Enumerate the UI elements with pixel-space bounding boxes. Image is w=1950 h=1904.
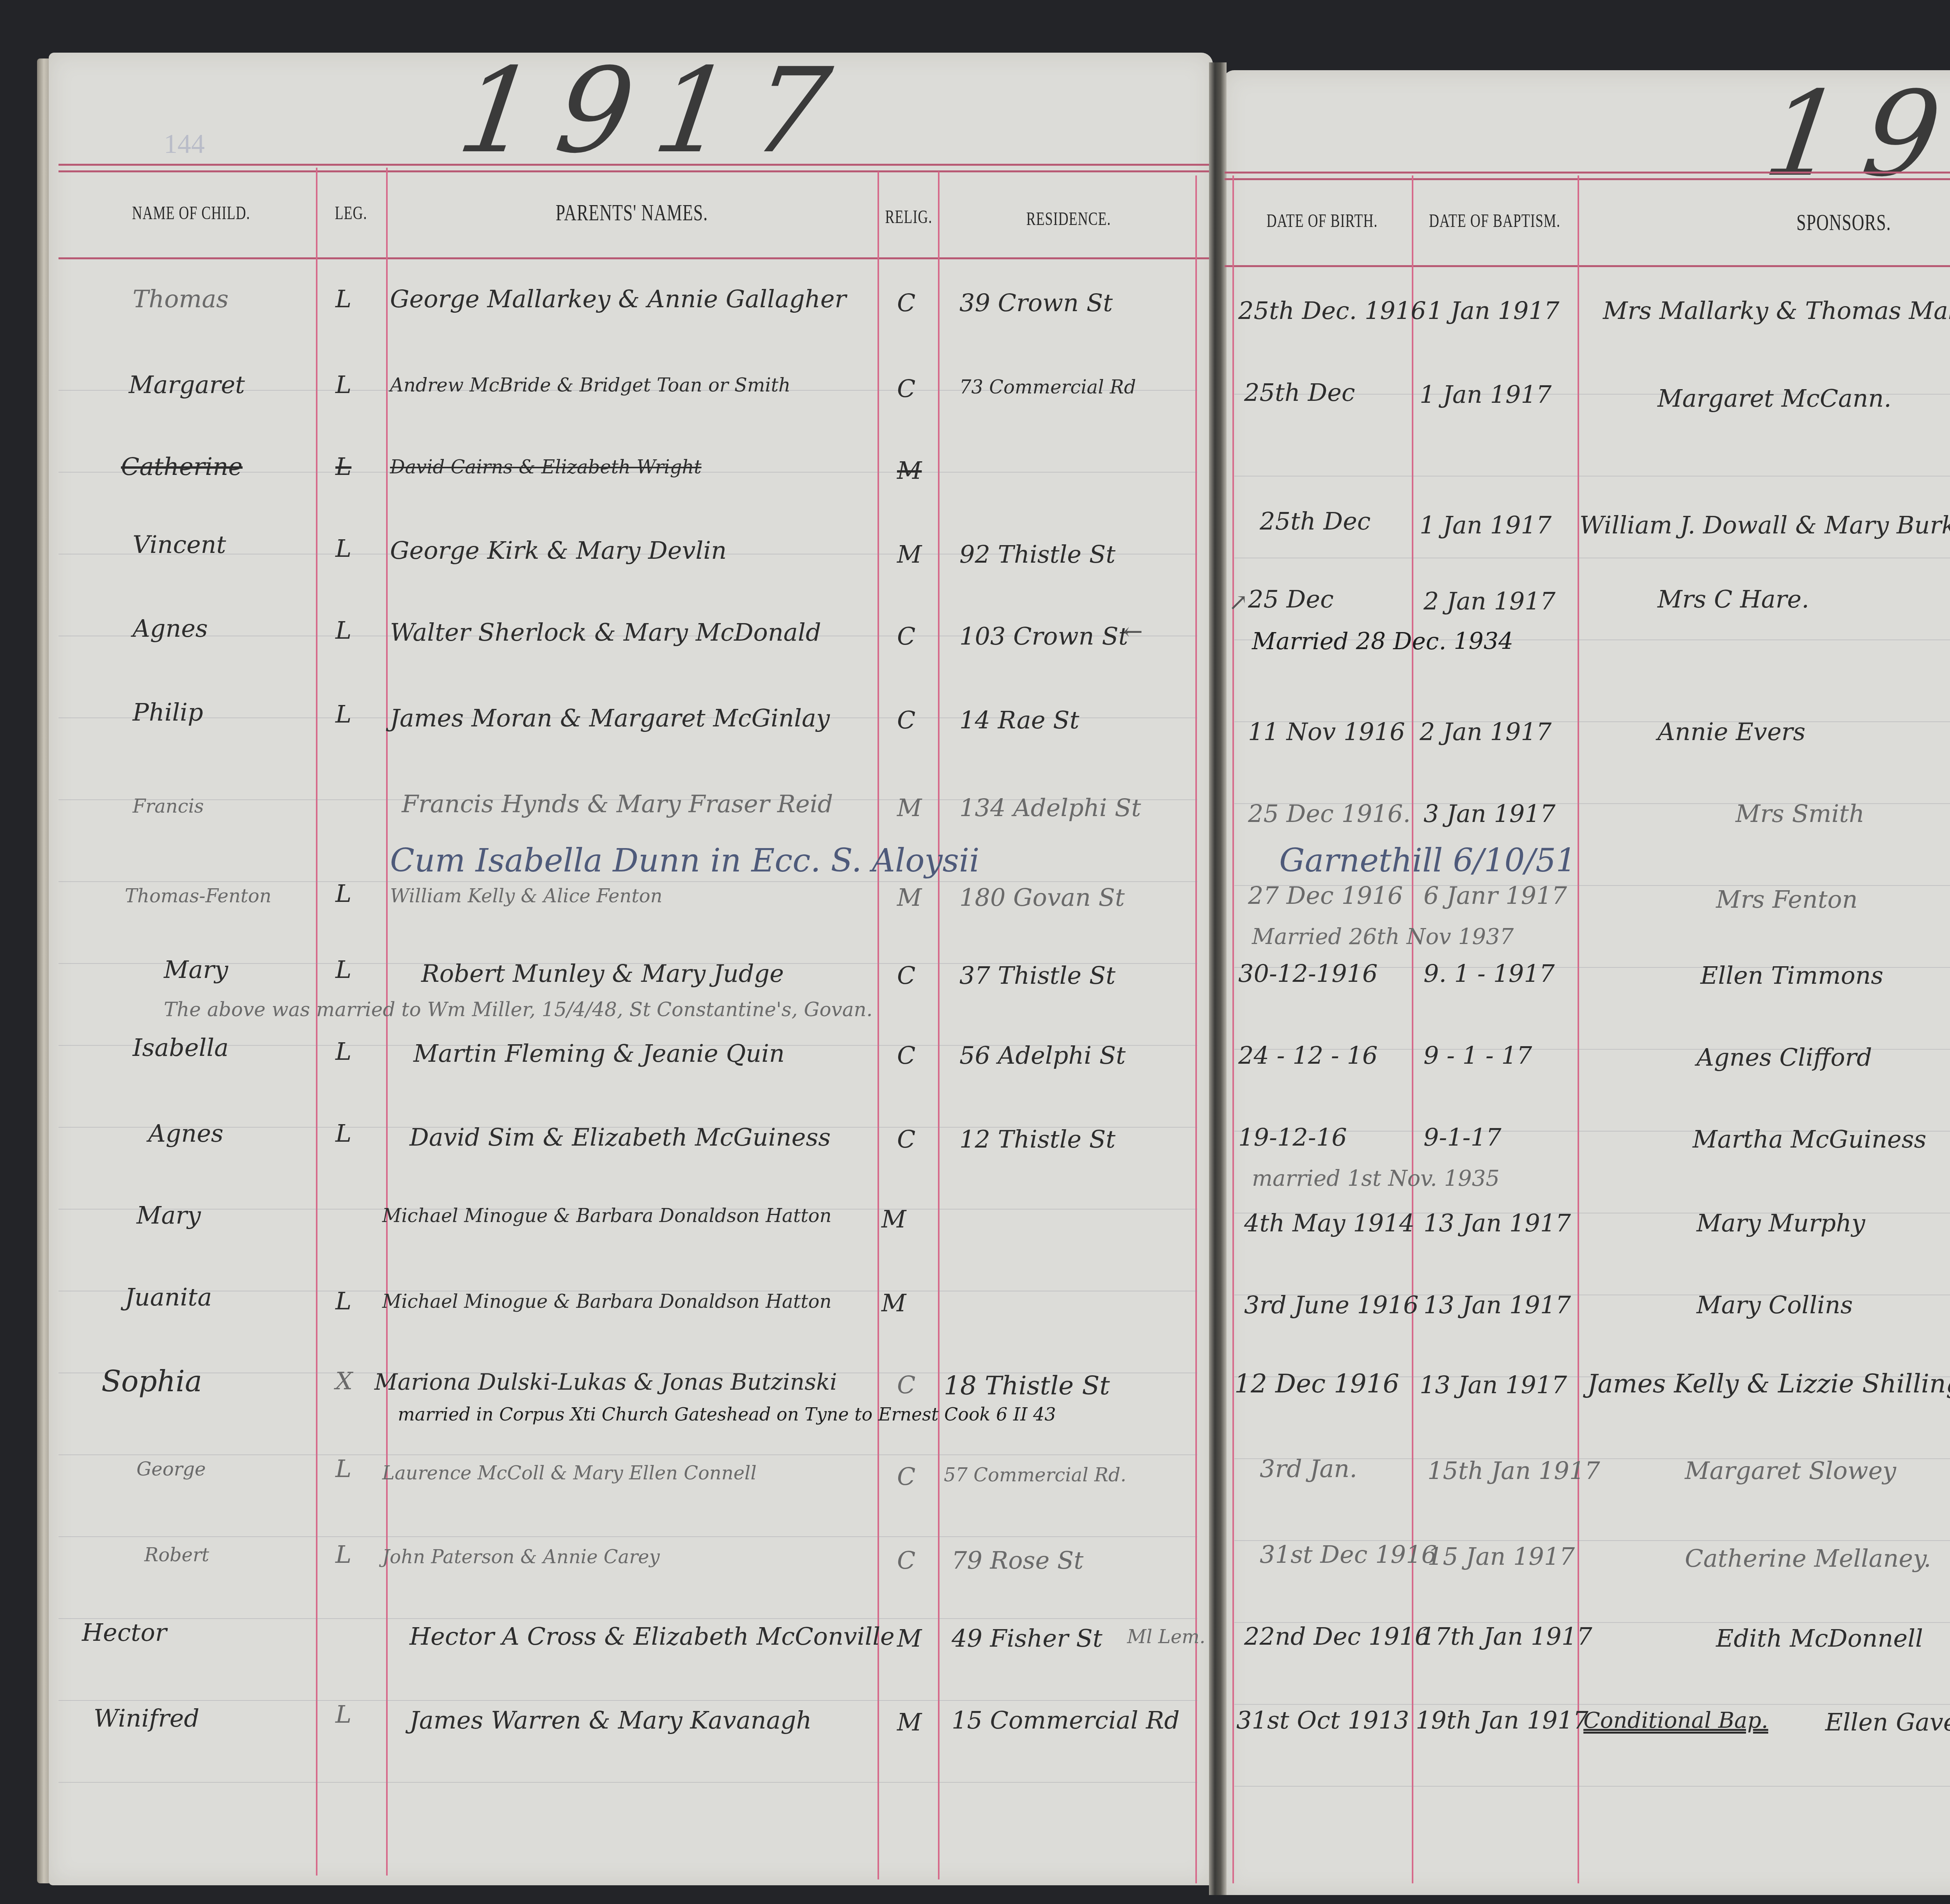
entry-sponsors: Ellen Gavegan [1825, 1708, 1950, 1736]
entry-parents: James Warren & Mary Kavanagh [409, 1706, 812, 1734]
entry-baptism-date: 1 Jan 1917 [1427, 296, 1559, 325]
entry-baptism-date: 2 Jan 1917 [1423, 587, 1555, 615]
entry-relig: C [897, 1546, 915, 1575]
entry-residence: 49 Fisher St [952, 1624, 1103, 1652]
entry-relig: M [897, 1708, 922, 1736]
entry-annotation: Married 26th Nov 1937 [1252, 924, 1514, 949]
entry-leg: L [335, 616, 351, 645]
entry-sponsors: Mrs Smith [1735, 799, 1865, 828]
ruled-line [58, 1782, 1197, 1783]
entry-relig: C [897, 1462, 915, 1491]
col-rule [1232, 175, 1234, 1883]
entry-residence: 18 Thistle St [944, 1371, 1110, 1401]
entry-child-name: Mary [164, 955, 228, 984]
entry-parents: James Moran & Margaret McGinlay [390, 704, 830, 732]
entry-leg: L [335, 1037, 351, 1066]
entry-baptism-date: 1 Jan 1917 [1420, 511, 1551, 539]
entry-relig: M [881, 1205, 906, 1233]
entry-dob: 25th Dec [1244, 378, 1355, 407]
entry-parents: George Kirk & Mary Devlin [390, 536, 727, 565]
entry-sponsors: Mary Murphy [1696, 1209, 1865, 1237]
entry-sponsors: Annie Evers [1657, 717, 1805, 746]
entry-residence: 103 Crown St [959, 622, 1128, 650]
entry-dob: 3rd June 1916 [1244, 1291, 1418, 1319]
entry-child-name: Thomas [133, 285, 229, 313]
entry-leg: L [335, 452, 351, 481]
entry-child-name: Philip [133, 698, 203, 726]
entry-sponsors: Agnes Clifford [1696, 1043, 1872, 1072]
entry-sponsors: Mary Collins [1696, 1291, 1853, 1319]
entry-sponsors: Margaret McCann. [1657, 384, 1891, 413]
entry-dob: 30-12-1916 [1238, 959, 1377, 988]
left-header-top-rule [58, 164, 1209, 172]
entry-relig: M [897, 540, 922, 569]
arrow-icon: ↗ [1228, 589, 1248, 616]
entry-relig: C [897, 706, 915, 734]
entry-dob: 11 Nov 1916 [1248, 717, 1405, 746]
entry-parents: Hector A Cross & Elizabeth McConville [409, 1622, 895, 1651]
entry-sponsors-note: Conditional Bap. [1583, 1708, 1768, 1733]
header-parents-names: Parents' Names. [390, 199, 874, 226]
entry-relig: C [897, 1371, 915, 1399]
ruled-line [1234, 558, 1950, 558]
col-rule [938, 172, 940, 1879]
entry-baptism-date: 13 Jan 1917 [1423, 1209, 1571, 1237]
entry-baptism-date: 2 Jan 1917 [1420, 717, 1551, 746]
entry-child-name: Catherine [121, 452, 243, 481]
entry-child-name: George [136, 1458, 206, 1480]
right-header-bottom-rule [1225, 265, 1950, 267]
entry-baptism-date: 6 Janr 1917 [1423, 881, 1567, 910]
entry-child-name: Hector [82, 1618, 167, 1647]
entry-child-name: Sophia [101, 1365, 202, 1398]
entry-residence: 134 Adelphi St [959, 793, 1141, 822]
ruled-line [1234, 476, 1950, 476]
entry-relig: M [897, 1624, 922, 1652]
entry-residence-mark: Ml Lem. [1127, 1626, 1205, 1648]
entry-annotation-blue: Cum Isabella Dunn in Ecc. S. Aloysii [390, 842, 979, 879]
entry-dob: 19-12-16 [1238, 1123, 1347, 1151]
right-header-top-rule [1225, 172, 1950, 180]
entry-child-name: Robert [144, 1544, 209, 1566]
entry-child-name: Juanita [125, 1283, 212, 1311]
header-name-of-child: Name of Child. [78, 202, 304, 224]
entry-dob: 31st Dec 1916 [1260, 1540, 1437, 1569]
entry-baptism-date: 19th Jan 1917 [1416, 1706, 1588, 1734]
entry-relig: M [881, 1289, 906, 1317]
entry-child-name: Thomas-Fenton [125, 885, 271, 907]
entry-leg: L [335, 285, 351, 313]
entry-leg: L [335, 1454, 351, 1483]
left-arrow-icon: ← [1123, 618, 1143, 645]
entry-annotation: married in Corpus Xti Church Gateshead o… [398, 1404, 1056, 1425]
entry-sponsors: Margaret Slowey [1685, 1456, 1896, 1485]
entry-leg: L [335, 879, 351, 908]
entry-baptism-date: 15 Jan 1917 [1427, 1542, 1575, 1571]
entry-residence: 92 Thistle St [959, 540, 1115, 569]
entry-leg: L [335, 1700, 351, 1729]
ruled-line [1234, 1786, 1950, 1787]
entry-parents: Francis Hynds & Mary Fraser Reid [402, 790, 833, 818]
entry-dob: 24 - 12 - 16 [1238, 1041, 1377, 1070]
entry-parents: Michael Minogue & Barbara Donaldson Hatt… [382, 1205, 831, 1227]
header-sponsors: Sponsors. [1579, 209, 1950, 236]
entry-dob: 31st Oct 1913 [1236, 1706, 1409, 1734]
entry-residence: 15 Commercial Rd [952, 1706, 1180, 1734]
entry-baptism-date: 3 Jan 1917 [1423, 799, 1555, 828]
entry-baptism-date: 9 - 1 - 17 [1423, 1041, 1532, 1070]
entry-parents: William Kelly & Alice Fenton [390, 885, 662, 907]
entry-leg: X [335, 1367, 353, 1395]
entry-residence: 14 Rae St [959, 706, 1079, 734]
entry-sponsors: Mrs Fenton [1716, 885, 1858, 914]
entry-dob: 25th Dec [1260, 507, 1371, 535]
entry-relig: C [897, 961, 915, 990]
entry-residence: 73 Commercial Rd [959, 376, 1136, 398]
ruled-line [58, 1618, 1197, 1619]
entry-parents: Laurence McColl & Mary Ellen Connell [382, 1462, 757, 1484]
header-relig: Relig. [879, 206, 938, 228]
entry-sponsors: Catherine Mellaney. [1685, 1544, 1931, 1573]
entry-leg: L [335, 1287, 351, 1315]
entry-child-name: Margaret [129, 370, 245, 399]
entry-relig: M [897, 456, 922, 485]
ruled-line [1234, 1704, 1950, 1705]
entry-residence: 12 Thistle St [959, 1125, 1115, 1153]
entry-sponsors: Edith McDonnell [1716, 1624, 1923, 1652]
entry-parents: George Mallarkey & Annie Gallagher [390, 285, 846, 313]
entry-parents: John Paterson & Annie Carey [382, 1546, 660, 1568]
left-year-heading: 1917 [450, 43, 861, 179]
entry-dob: 3rd Jan. [1260, 1454, 1357, 1483]
entry-sponsors: Ellen Timmons [1700, 961, 1883, 990]
entry-relig: C [897, 289, 915, 317]
entry-relig: C [897, 1125, 915, 1153]
entry-residence: 180 Govan St [959, 883, 1125, 912]
entry-leg: L [335, 1119, 351, 1148]
entry-sponsors: Mrs Mallarky & Thomas Mallarkey [1603, 296, 1950, 325]
entry-annotation-blue: Garnethill 6/10/51 [1279, 842, 1576, 879]
entry-relig: C [897, 622, 915, 650]
entry-residence: 57 Commercial Rd. [944, 1464, 1126, 1486]
entry-dob: 25 Dec [1248, 585, 1334, 613]
right-year-heading: 1917. [1757, 66, 1950, 202]
entry-relig: M [897, 793, 922, 822]
entry-child-name: Vincent [133, 530, 226, 559]
col-rule [386, 168, 388, 1876]
entry-child-name: Isabella [133, 1033, 229, 1062]
left-header-bottom-rule [58, 257, 1209, 259]
entry-relig: C [897, 374, 915, 403]
entry-parents: Michael Minogue & Barbara Donaldson Hatt… [382, 1291, 831, 1312]
entry-parents: Walter Sherlock & Mary McDonald [390, 618, 821, 646]
entry-dob: 22nd Dec 1916 [1244, 1622, 1430, 1651]
col-rule [316, 168, 317, 1876]
ruled-line [58, 1454, 1197, 1455]
left-page-number-faded: 144 [164, 129, 205, 160]
entry-dob: 25 Dec 1916. [1248, 799, 1411, 828]
ruled-line [58, 1700, 1197, 1701]
header-date-of-birth: Date of Birth. [1234, 210, 1410, 232]
entry-sponsors: James Kelly & Lizzie Shillings [1587, 1369, 1950, 1399]
header-date-of-baptism: Date of Baptism. [1414, 210, 1576, 232]
entry-sponsors: William J. Dowall & Mary Burke. [1579, 511, 1950, 539]
entry-dob: 25th Dec. 1916 [1238, 296, 1426, 325]
ruled-line [58, 1536, 1197, 1537]
entry-child-name: Agnes [133, 614, 208, 643]
entry-annotation: Married 28 Dec. 1934 [1252, 628, 1513, 655]
entry-dob: 27 Dec 1916 [1248, 881, 1403, 910]
header-residence: Residence. [944, 208, 1193, 230]
entry-parents: Martin Fleming & Jeanie Quin [413, 1039, 785, 1068]
entry-baptism-date: 13 Jan 1917 [1420, 1371, 1567, 1399]
entry-leg: L [335, 700, 351, 728]
entry-relig: C [897, 1041, 915, 1070]
entry-child-name: Francis [133, 795, 204, 817]
entry-baptism-date: 9-1-17 [1423, 1123, 1501, 1151]
entry-leg: L [335, 1540, 351, 1569]
entry-residence: 56 Adelphi St [959, 1041, 1126, 1070]
entry-leg: L [335, 534, 351, 563]
entry-parents: Andrew McBride & Bridget Toan or Smith [390, 374, 791, 396]
entry-baptism-date: 15th Jan 1917 [1427, 1456, 1600, 1485]
entry-child-name: Agnes [148, 1119, 223, 1148]
entry-residence: 79 Rose St [952, 1546, 1083, 1575]
entry-relig: M [897, 883, 922, 912]
entry-baptism-date: 13 Jan 1917 [1423, 1291, 1571, 1319]
entry-dob: 4th May 1914 [1244, 1209, 1415, 1237]
entry-leg: L [335, 955, 351, 984]
entry-baptism-date: 9. 1 - 1917 [1423, 959, 1555, 988]
book-gutter [1209, 62, 1227, 1895]
entry-residence: 39 Crown St [959, 289, 1113, 317]
entry-sponsors: Martha McGuiness [1693, 1125, 1926, 1153]
entry-sponsors: Mrs C Hare. [1657, 585, 1809, 613]
entry-baptism-date: 1 Jan 1917 [1420, 380, 1551, 409]
entry-parents: Robert Munley & Mary Judge [421, 959, 784, 988]
entry-child-name: Winifred [94, 1704, 199, 1732]
ruled-line [58, 881, 1197, 882]
entry-residence: 37 Thistle St [959, 961, 1115, 990]
entry-parents: David Sim & Elizabeth McGuiness [409, 1123, 831, 1151]
entry-leg: L [335, 370, 351, 399]
entry-parents: David Cairns & Elizabeth Wright [390, 456, 702, 478]
entry-annotation: married 1st Nov. 1935 [1252, 1166, 1500, 1191]
entry-annotation: The above was married to Wm Miller, 15/4… [164, 998, 872, 1021]
entry-parents: Mariona Dulski-Lukas & Jonas Butzinski [374, 1369, 837, 1395]
entry-child-name: Mary [136, 1201, 201, 1229]
header-leg: Leg. [318, 202, 384, 224]
entry-dob: 12 Dec 1916 [1234, 1369, 1399, 1399]
entry-baptism-date: 17th Jan 1917 [1420, 1622, 1592, 1651]
